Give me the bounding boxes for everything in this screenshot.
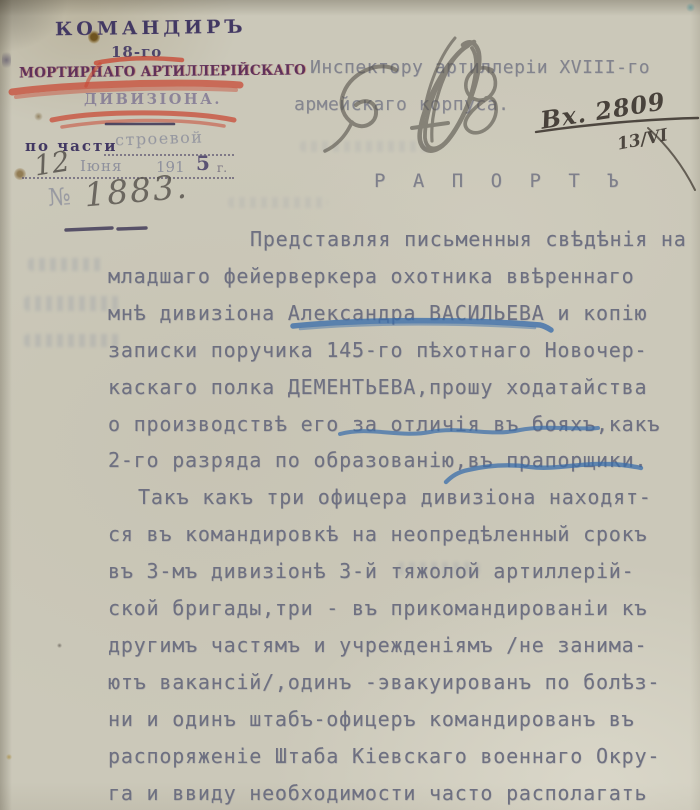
body-line: каскаго полка ДЕМЕНТЬЕВА,прошу ходатайст… xyxy=(108,369,688,406)
body-line: Представляя письменныя свѣдѣнія на xyxy=(108,221,688,258)
body-line: ся въ командировкѣ на неопредѣленный сро… xyxy=(108,516,688,553)
unit-name-line: МОРТИРНАГО АРТИЛЛЕРІЙСКАГО xyxy=(19,62,306,81)
stain xyxy=(686,3,695,12)
red-underline-division xyxy=(52,113,234,127)
recipient-line-2: армейскаго корпуса. xyxy=(294,94,509,115)
bleed-through-smudge xyxy=(228,197,328,208)
body-line: мнѣ дивизіона Александра ВАСИЛЬЕВА и коп… xyxy=(108,295,688,332)
body-line: ской бригады,три - въ прикомандированіи … xyxy=(108,590,688,627)
registration-date-handwritten: 13/VI xyxy=(616,125,670,154)
scanned-report-page: КОМАНДИРЪ 18-го МОРТИРНАГО АРТИЛЛЕРІЙСКА… xyxy=(0,0,700,810)
date-day-handwritten: 12 xyxy=(32,144,72,182)
bleed-through-smudge xyxy=(28,258,104,271)
report-body: Представляя письменныя свѣдѣнія на младш… xyxy=(108,221,688,810)
recipient-line-1: Инспектору артиллеріи XVIII-го xyxy=(310,57,650,78)
number-sign: № xyxy=(47,182,72,212)
date-suffix: г. xyxy=(217,161,227,175)
stain xyxy=(57,643,62,648)
stain xyxy=(2,50,11,70)
document-number-handwritten: 1883. xyxy=(82,167,189,215)
report-heading: Р А П О Р Т Ъ xyxy=(374,170,627,192)
stamp-ornament-icon xyxy=(106,120,174,128)
unit-number-line: 18-го xyxy=(111,43,162,61)
bleed-through-smudge xyxy=(300,141,430,152)
stain xyxy=(6,754,12,760)
bleed-through-smudge xyxy=(24,334,120,347)
body-line: га и ввиду необходимости часто располага… xyxy=(108,775,688,810)
division-line: ДИВИЗІОНА. xyxy=(84,91,222,108)
body-line: ни и одинъ штабъ-офицеръ командированъ в… xyxy=(108,701,688,738)
body-line: 2-го разряда по образованію,въ прапорщик… xyxy=(108,442,688,479)
commander-line: КОМАНДИРЪ xyxy=(55,16,247,41)
body-line: младшаго фейерверкера охотника ввѣреннаг… xyxy=(108,258,688,295)
body-line: Такъ какъ три офицера дивизіона находят- xyxy=(108,479,688,516)
registration-number-handwritten: Вх. 2809 xyxy=(539,86,668,134)
stain xyxy=(34,112,43,121)
body-line: о производствѣ его за отличія въ бояхъ,к… xyxy=(108,406,688,443)
date-year-digit: 5 xyxy=(196,151,210,175)
body-line: другимъ частямъ и учрежденіямъ /не заним… xyxy=(108,627,688,664)
body-line: записки поручика 145-го пѣхотнаго Новоче… xyxy=(108,332,688,369)
bleed-through-smudge xyxy=(24,296,120,311)
body-line: распоряженіе Штаба Кіевскаго военнаго Ок… xyxy=(108,738,688,775)
body-line: ютъ вакансій/,одинъ -эвакуированъ по бол… xyxy=(108,664,688,701)
body-line: въ 3-мъ дивизіонѣ 3-й тяжолой артиллерій… xyxy=(108,553,688,590)
dotted-line xyxy=(104,138,234,156)
